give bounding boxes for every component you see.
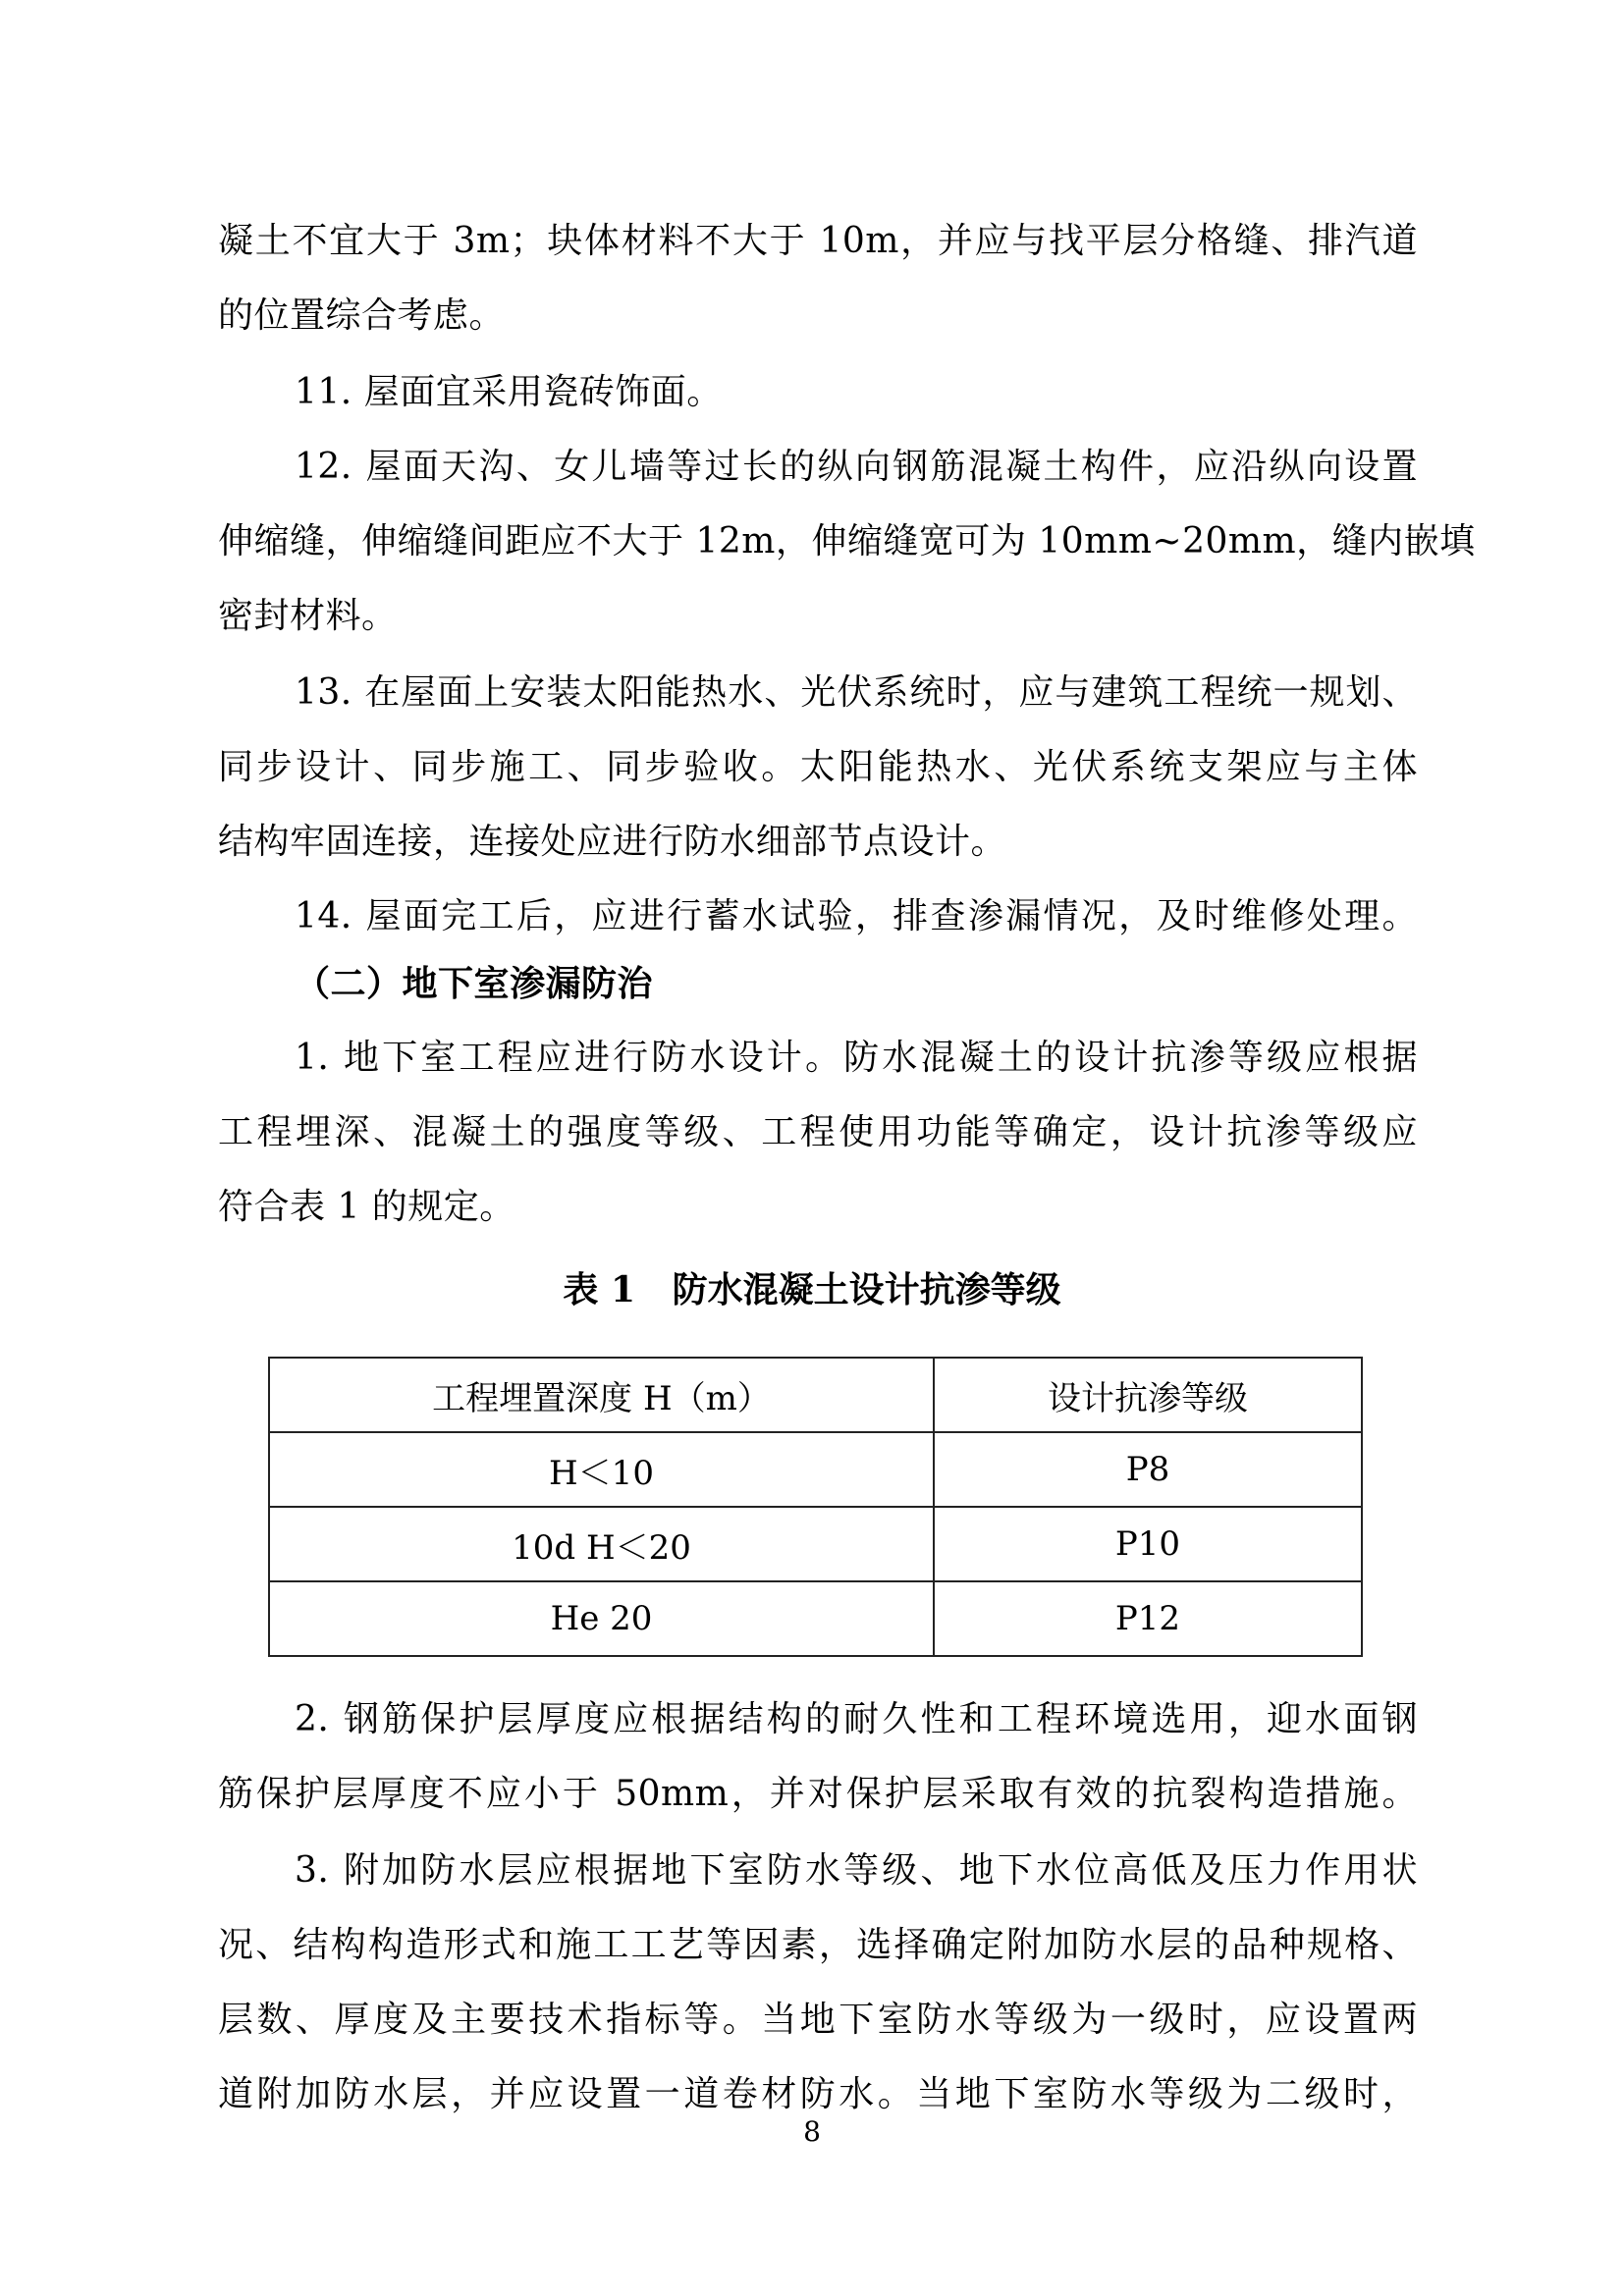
paragraph-line: 3. 附加防水层应根据地下室防水等级、地下水位高低及压力作用状 bbox=[295, 1851, 1418, 1891]
paragraph-line: 的位置综合考虑。 bbox=[218, 296, 1418, 336]
paragraph-line: 层数、厚度及主要技术指标等。当地下室防水等级为一级时，应设置两 bbox=[218, 2001, 1418, 2040]
table-row: 10d H＜20 P10 bbox=[269, 1507, 1362, 1581]
paragraph-line: 14. 屋面完工后，应进行蓄水试验，排查渗漏情况，及时维修处理。 bbox=[295, 897, 1418, 936]
paragraph-line: 符合表 1 的规定。 bbox=[218, 1188, 1418, 1227]
impermeability-grade-table: 工程埋置深度 H（m） 设计抗渗等级 H＜10 P8 10d H＜20 P10 … bbox=[268, 1357, 1363, 1657]
cell-depth: 10d H＜20 bbox=[269, 1507, 934, 1581]
cell-depth: H＜10 bbox=[269, 1432, 934, 1507]
paragraph-line: 11. 屋面宜采用瓷砖饰面。 bbox=[295, 373, 1418, 412]
cell-grade: P8 bbox=[934, 1432, 1362, 1507]
paragraph-line: 工程埋深、混凝土的强度等级、工程使用功能等确定，设计抗渗等级应 bbox=[218, 1113, 1418, 1152]
paragraph-line: 13. 在屋面上安装太阳能热水、光伏系统时，应与建筑工程统一规划、 bbox=[295, 673, 1418, 713]
paragraph-line: 况、结构构造形式和施工工艺等因素，选择确定附加防水层的品种规格、 bbox=[218, 1926, 1418, 1965]
paragraph-line: 伸缩缝，伸缩缝间距应不大于 12m，伸缩缝宽可为 10mm~20mm，缝内嵌填 bbox=[218, 522, 1418, 561]
cell-grade: P10 bbox=[934, 1507, 1362, 1581]
page-number: 8 bbox=[0, 2115, 1624, 2148]
cell-grade: P12 bbox=[934, 1581, 1362, 1656]
paragraph-line: 凝土不宜大于 3m；块体材料不大于 10m，并应与找平层分格缝、排汽道 bbox=[218, 222, 1418, 261]
header-depth: 工程埋置深度 H（m） bbox=[269, 1358, 934, 1432]
paragraph-line: 道附加防水层，并应设置一道卷材防水。当地下室防水等级为二级时， bbox=[218, 2075, 1418, 2114]
paragraph-line: 1. 地下室工程应进行防水设计。防水混凝土的设计抗渗等级应根据 bbox=[295, 1039, 1418, 1078]
table-row: He 20 P12 bbox=[269, 1581, 1362, 1656]
paragraph-line: 筋保护层厚度不应小于 50mm，并对保护层采取有效的抗裂构造措施。 bbox=[218, 1775, 1418, 1814]
paragraph-line: 密封材料。 bbox=[218, 597, 1418, 636]
table-caption: 表 1 防水混凝土设计抗渗等级 bbox=[0, 1262, 1624, 1312]
table-header-row: 工程埋置深度 H（m） 设计抗渗等级 bbox=[269, 1358, 1362, 1432]
cell-depth: He 20 bbox=[269, 1581, 934, 1656]
table-row: H＜10 P8 bbox=[269, 1432, 1362, 1507]
header-grade: 设计抗渗等级 bbox=[934, 1358, 1362, 1432]
section-heading: （二）地下室渗漏防治 bbox=[295, 964, 1494, 1003]
paragraph-line: 12. 屋面天沟、女儿墙等过长的纵向钢筋混凝土构件，应沿纵向设置 bbox=[295, 448, 1418, 487]
paragraph-line: 结构牢固连接，连接处应进行防水细部节点设计。 bbox=[218, 823, 1418, 862]
paragraph-line: 2. 钢筋保护层厚度应根据结构的耐久性和工程环境选用，迎水面钢 bbox=[295, 1700, 1418, 1739]
paragraph-line: 同步设计、同步施工、同步验收。太阳能热水、光伏系统支架应与主体 bbox=[218, 748, 1418, 787]
